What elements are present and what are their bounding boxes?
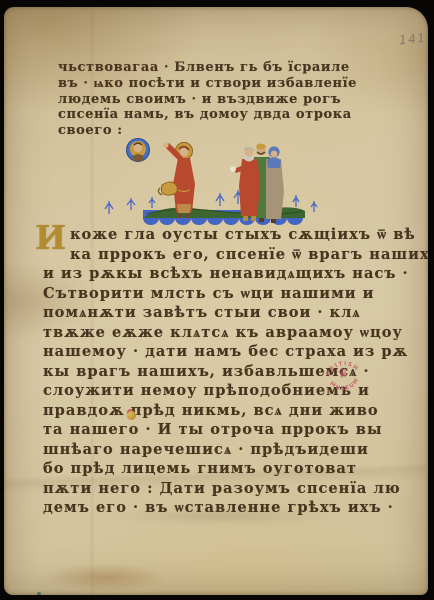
christ-medallion-icon [127, 139, 150, 162]
body-line: правдоѫ прѣд никмь, всѧ дни живо [43, 401, 415, 421]
body-line: твѫже еѫже клѧтсѧ къ авраамоу ѡцоу [43, 323, 415, 343]
body-line: коже гла оусты стыхъ сѫщіихъ ѿ вѣ [70, 225, 415, 245]
body-line: Сътворити млсть съ ѡци нашими и [43, 284, 415, 304]
prophet-figure-icon [158, 142, 195, 218]
ink-speck [37, 592, 41, 595]
header-line: людемь своимъ · и въздвиже рогъ [58, 92, 388, 108]
parchment-page: 141 чьствовагаа · Блвенъ гь бъ їсраиле в… [4, 7, 428, 595]
body-line: та нашего · И ты отроча пррокъ вы [43, 420, 415, 440]
header-line: чьствовагаа · Блвенъ гь бъ їсраиле [58, 60, 388, 76]
header-line: спсенїа намь, въ домоу двда отрока [58, 107, 388, 123]
body-line: пѫти него : Дати разоумъ спсенїа лю [43, 479, 415, 499]
body-line: помѧнѫти завѣтъ стыи свои · клѧ [43, 303, 415, 323]
manuscript-photo: 141 чьствовагаа · Блвенъ гь бъ їсраиле в… [0, 0, 434, 600]
body-line: бо прѣд лицемь гнимъ оуготоват [43, 459, 415, 479]
museum-stamp: ♛ BRITISH MUSEUM [315, 346, 371, 402]
body-line: ка пррокъ его, спсенїе ѿ врагъ нашихъ · [70, 245, 415, 265]
folio-number: 141 [398, 31, 427, 48]
body-line: демъ его · въ ѡставленне грѣхъ ихъ · [43, 498, 415, 518]
miniature-illustration [99, 130, 331, 236]
body-line: шнѣаго наречешисѧ · прѣдъидеши [43, 440, 415, 460]
header-line: въ · ѩко посѣти и створи избавленїе [58, 76, 388, 92]
canticle-header-block: чьствовагаа · Блвенъ гь бъ їсраиле въ · … [58, 60, 388, 139]
body-line: и из рѫкы всѣхъ ненавидѧщихъ насъ · [43, 264, 415, 284]
gold-ornament [127, 411, 136, 420]
